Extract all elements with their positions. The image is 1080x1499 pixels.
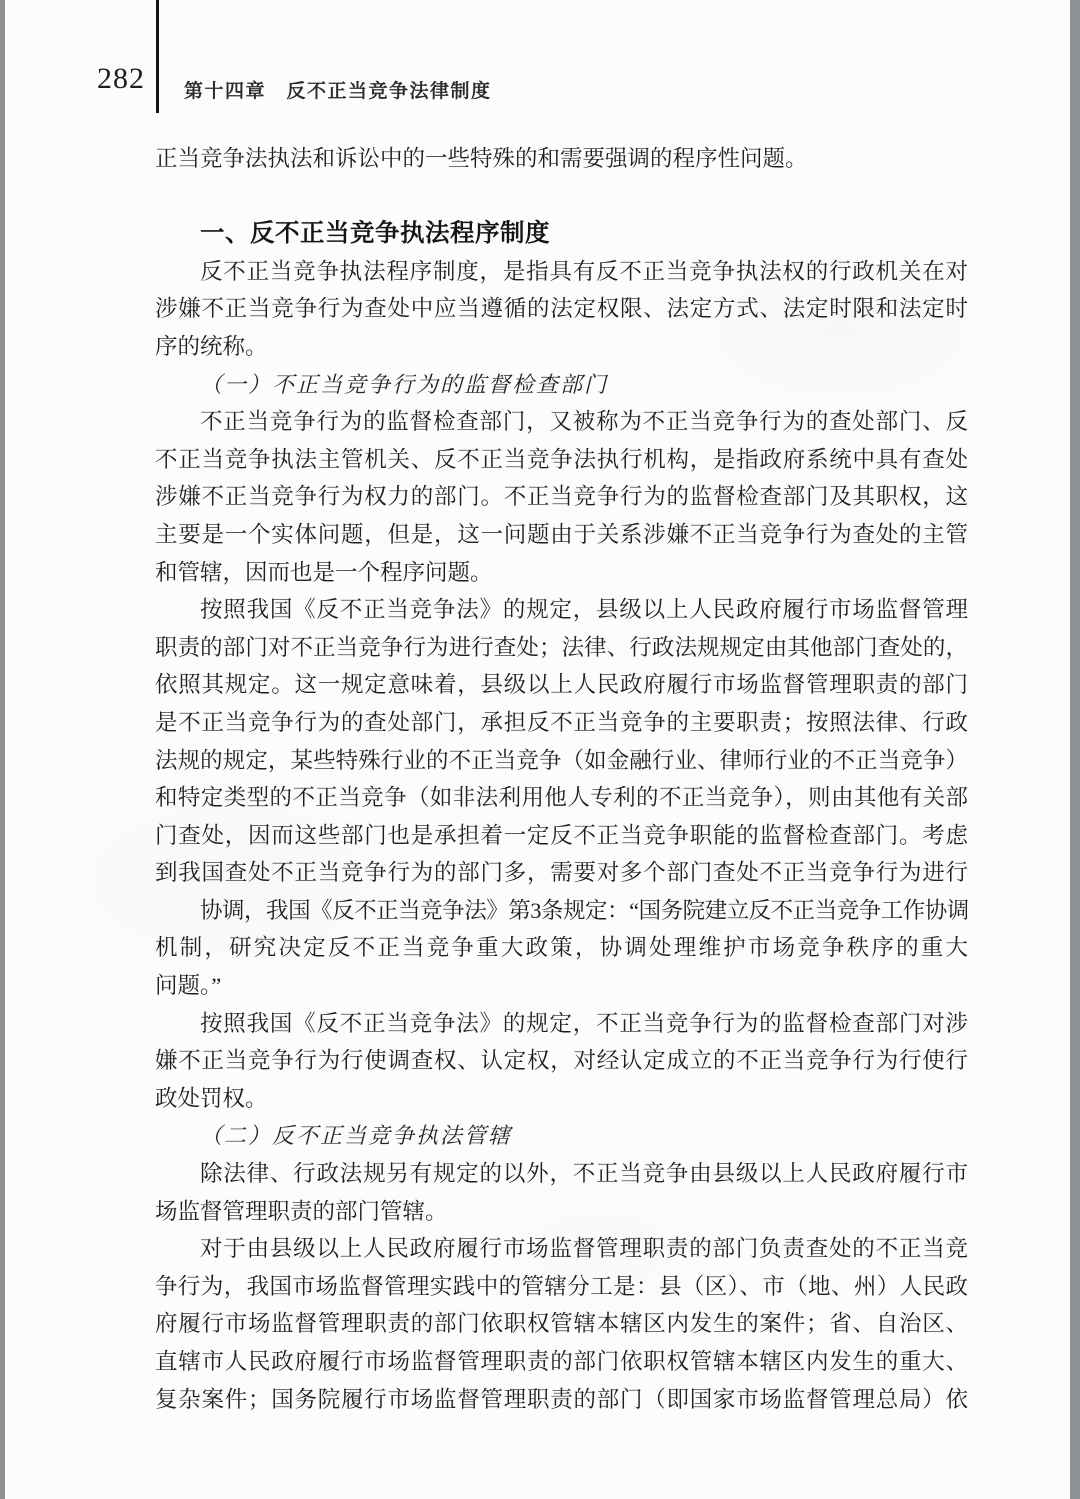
header-divider-rule — [156, 0, 159, 113]
text-line: 争行为，我国市场监督管理实践中的管辖分工是：县（区）、市（地、州）人民政 — [155, 1268, 968, 1306]
lead-line: 正当竞争法执法和诉讼中的一些特殊的和需要强调的程序性问题。 — [155, 140, 968, 178]
text-line: 问题。” — [155, 967, 968, 1005]
text-line: 机制，研究决定反不正当竞争重大政策，协调处理维护市场竞争秩序的重大 — [155, 929, 968, 967]
text-line: 涉嫌不正当竞争行为权力的部门。不正当竞争行为的监督检查部门及其职权，这 — [155, 478, 968, 516]
text-line: 不正当竞争执法主管机关、反不正当竞争法执行机构，是指政府系统中具有查处 — [155, 441, 968, 479]
text-line: 不正当竞争行为的监督检查部门，又被称为不正当竞争行为的查处部门、反 — [155, 403, 968, 441]
text-line: 按照我国《反不正当竞争法》的规定，县级以上人民政府履行市场监督管理 — [155, 591, 968, 629]
text-line: 法规的规定，某些特殊行业的不正当竞争（如金融行业、律师行业的不正当竞争） — [155, 742, 968, 780]
text-line: 涉嫌不正当竞争行为查处中应当遵循的法定权限、法定方式、法定时限和法定时 — [155, 290, 968, 328]
text-line: 职责的部门对不正当竞争行为进行查处；法律、行政法规规定由其他部门查处的， — [155, 629, 968, 667]
text-line: 主要是一个实体问题，但是，这一问题由于关系涉嫌不正当竞争行为查处的主管 — [155, 516, 968, 554]
text-line: 依照其规定。这一规定意味着，县级以上人民政府履行市场监督管理职责的部门 — [155, 666, 968, 704]
subsection-heading-1: （一）不正当竞争行为的监督检查部门 — [155, 366, 968, 404]
text-line: 协调，我国《反不正当竞争法》第3条规定：“国务院建立反不正当竞争工作协调 — [155, 892, 968, 930]
text-line: 复杂案件；国务院履行市场监督管理职责的部门（即国家市场监督管理总局）依 — [155, 1381, 968, 1419]
text-line: 除法律、行政法规另有规定的以外，不正当竞争由县级以上人民政府履行市 — [155, 1155, 968, 1193]
text-line: 政处罚权。 — [155, 1080, 968, 1118]
text-line: 和管辖，因而也是一个程序问题。 — [155, 554, 968, 592]
text-line: 和特定类型的不正当竞争（如非法利用他人专利的不正当竞争），则由其他有关部 — [155, 779, 968, 817]
scan-edge-right — [1070, 0, 1080, 1499]
text-line: 嫌不正当竞争行为行使调查权、认定权，对经认定成立的不正当竞争行为行使行 — [155, 1042, 968, 1080]
subsection-heading-2: （二）反不正当竞争执法管辖 — [155, 1117, 968, 1155]
running-chapter-header: 第十四章 反不正当竞争法律制度 — [184, 76, 492, 103]
blank-line — [155, 178, 968, 216]
text-line: 对于由县级以上人民政府履行市场监督管理职责的部门负责查处的不正当竞 — [155, 1230, 968, 1268]
text-line: 门查处，因而这些部门也是承担着一定反不正当竞争职能的监督检查部门。考虑 — [155, 817, 968, 855]
text-line: 反不正当竞争执法程序制度，是指具有反不正当竞争执法权的行政机关在对 — [155, 253, 968, 291]
text-line: 府履行市场监督管理职责的部门依职权管辖本辖区内发生的案件；省、自治区、 — [155, 1305, 968, 1343]
scanned-book-page: 282 第十四章 反不正当竞争法律制度 正当竞争法执法和诉讼中的一些特殊的和需要… — [0, 0, 1080, 1499]
text-line: 直辖市人民政府履行市场监督管理职责的部门依职权管辖本辖区内发生的重大、 — [155, 1343, 968, 1381]
text-line: 是不正当竞争行为的查处部门，承担反不正当竞争的主要职责；按照法律、行政 — [155, 704, 968, 742]
text-line: 到我国查处不正当竞争行为的部门多，需要对多个部门查处不正当竞争行为进行 — [155, 854, 968, 892]
text-line: 按照我国《反不正当竞争法》的规定，不正当竞争行为的监督检查部门对涉 — [155, 1005, 968, 1043]
scan-edge-left — [0, 0, 5, 1499]
page-number: 282 — [97, 62, 145, 96]
text-line: 序的统称。 — [155, 328, 968, 366]
text-line: 场监督管理职责的部门管辖。 — [155, 1193, 968, 1231]
body-text: 正当竞争法执法和诉讼中的一些特殊的和需要强调的程序性问题。 一、反不正当竞争执法… — [155, 140, 968, 1418]
section-heading: 一、反不正当竞争执法程序制度 — [155, 215, 968, 253]
